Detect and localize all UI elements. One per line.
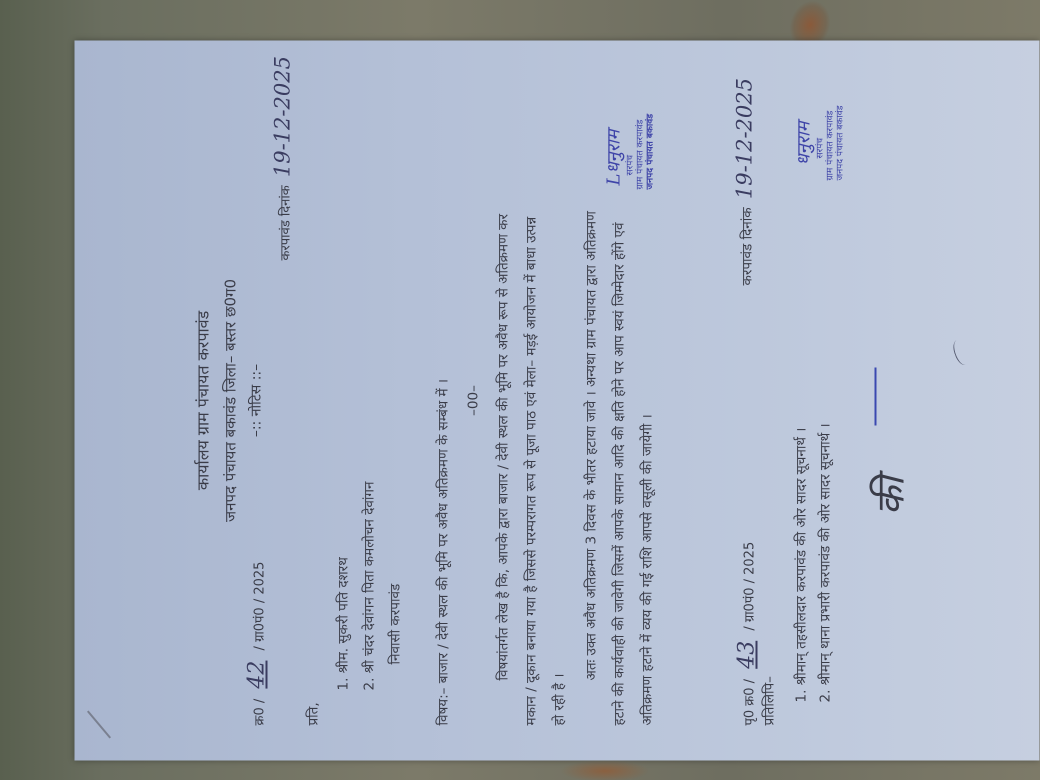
seal-org: ग्राम पंचायत करपावंड xyxy=(826,106,836,181)
seal-role: सरपंच xyxy=(815,106,825,159)
copy-recipient: 2. श्रीमान् थाना प्रभारी करपावंड की ओर स… xyxy=(819,423,835,702)
sarpanch-seal: Lधनुराम सरपंच ग्राम पंचायत करपावंड जनपद … xyxy=(605,114,657,186)
sarpanch-signature: Lधनुराम xyxy=(605,114,626,186)
recipient-address: निवासी करपावंड xyxy=(389,584,405,665)
seal-org: जनपद पंचायत बकावंड xyxy=(646,114,656,190)
copy-date-handwritten: 19-12-2025 xyxy=(733,78,757,199)
copy-reference-prefix: पृ0 क्र0 / xyxy=(743,679,758,726)
copy-reference-suffix: / ग्रा0पं0 / 2025 xyxy=(743,542,758,631)
copy-to-label: प्रतिलिपि– xyxy=(763,676,779,725)
divider-mark: –00– xyxy=(467,41,483,761)
pen-tick-mark xyxy=(950,338,971,367)
body-paragraph-2-line: हटाने की कार्यवाही की जावेगी जिसमें आपके… xyxy=(613,223,629,726)
recipient: 1. श्रीम. सुकरी पति दशरथ xyxy=(337,557,353,690)
copy-reference-handwritten-number: 43 xyxy=(735,641,760,669)
body-paragraph-2-line: अतः उक्त अवैध अतिक्रमण 3 दिवस के भीतर हट… xyxy=(585,211,601,680)
pen-stroke xyxy=(875,368,877,426)
issue-date: करपावंड दिनांक 19-12-2025 xyxy=(271,56,295,260)
office-heading: कार्यालय ग्राम पंचायत करपावंड xyxy=(195,41,213,761)
subject-line: विषय:– बाजार / देवी स्थल की भूमि पर अवैध… xyxy=(437,379,453,725)
reference-prefix: क्र0 / xyxy=(253,699,268,726)
copy-date-label: करपावंड दिनांक xyxy=(740,207,756,285)
district-heading: जनपद पंचायत बकावंड जिला– बस्तर छ0ग0 xyxy=(223,41,240,761)
paper-wrapper: कार्यालय ग्राम पंचायत करपावंड जनपद पंचाय… xyxy=(75,40,1040,760)
copy-recipient: 1. श्रीमान् तहसीलदार करपावंड की ओर सादर … xyxy=(795,428,811,703)
date-label: करपावंड दिनांक xyxy=(279,185,294,260)
reference-number: क्र0 / 42 / ग्रा0पं0 / 2025 xyxy=(245,562,270,726)
seal-org: जनपद पंचायत बकावंड xyxy=(836,106,846,181)
seal-role: सरपंच xyxy=(625,114,635,176)
receipt-handwritten-mark: की xyxy=(870,476,914,515)
body-paragraph-1-line: हो रही है । xyxy=(553,673,569,725)
reference-handwritten-number: 42 xyxy=(245,661,270,689)
recipient: 2. श्री चंदर देवांगन पिता कमलोचन देवांगन xyxy=(363,482,379,691)
reference-suffix: / ग्रा0पं0 / 2025 xyxy=(253,562,268,651)
date-handwritten: 19-12-2025 xyxy=(271,56,295,177)
pin-scratch-mark xyxy=(87,710,111,738)
copy-date: करपावंड दिनांक 19-12-2025 xyxy=(733,78,757,285)
notice-document: कार्यालय ग्राम पंचायत करपावंड जनपद पंचाय… xyxy=(75,41,1040,761)
body-paragraph-1-line: विषयांतर्गत लेख है कि, आपके द्वारा बाजार… xyxy=(497,214,513,681)
sarpanch-seal: धनुराम सरपंच ग्राम पंचायत करपावंड जनपद प… xyxy=(795,106,847,181)
body-paragraph-2-line: अतिक्रमण हटाने में व्यय की गई राशि आपसे … xyxy=(641,414,657,725)
surface-stain xyxy=(560,760,650,780)
sarpanch-signature: धनुराम xyxy=(795,106,816,166)
body-paragraph-1-line: मकान / दूकान बनाया गया है जिससे परम्पराग… xyxy=(525,217,541,726)
seal-org: ग्राम पंचायत करपावंड xyxy=(636,114,646,190)
to-label: प्रति, xyxy=(307,702,323,725)
copy-reference-number: पृ0 क्र0 / 43 / ग्रा0पं0 / 2025 xyxy=(735,542,760,726)
